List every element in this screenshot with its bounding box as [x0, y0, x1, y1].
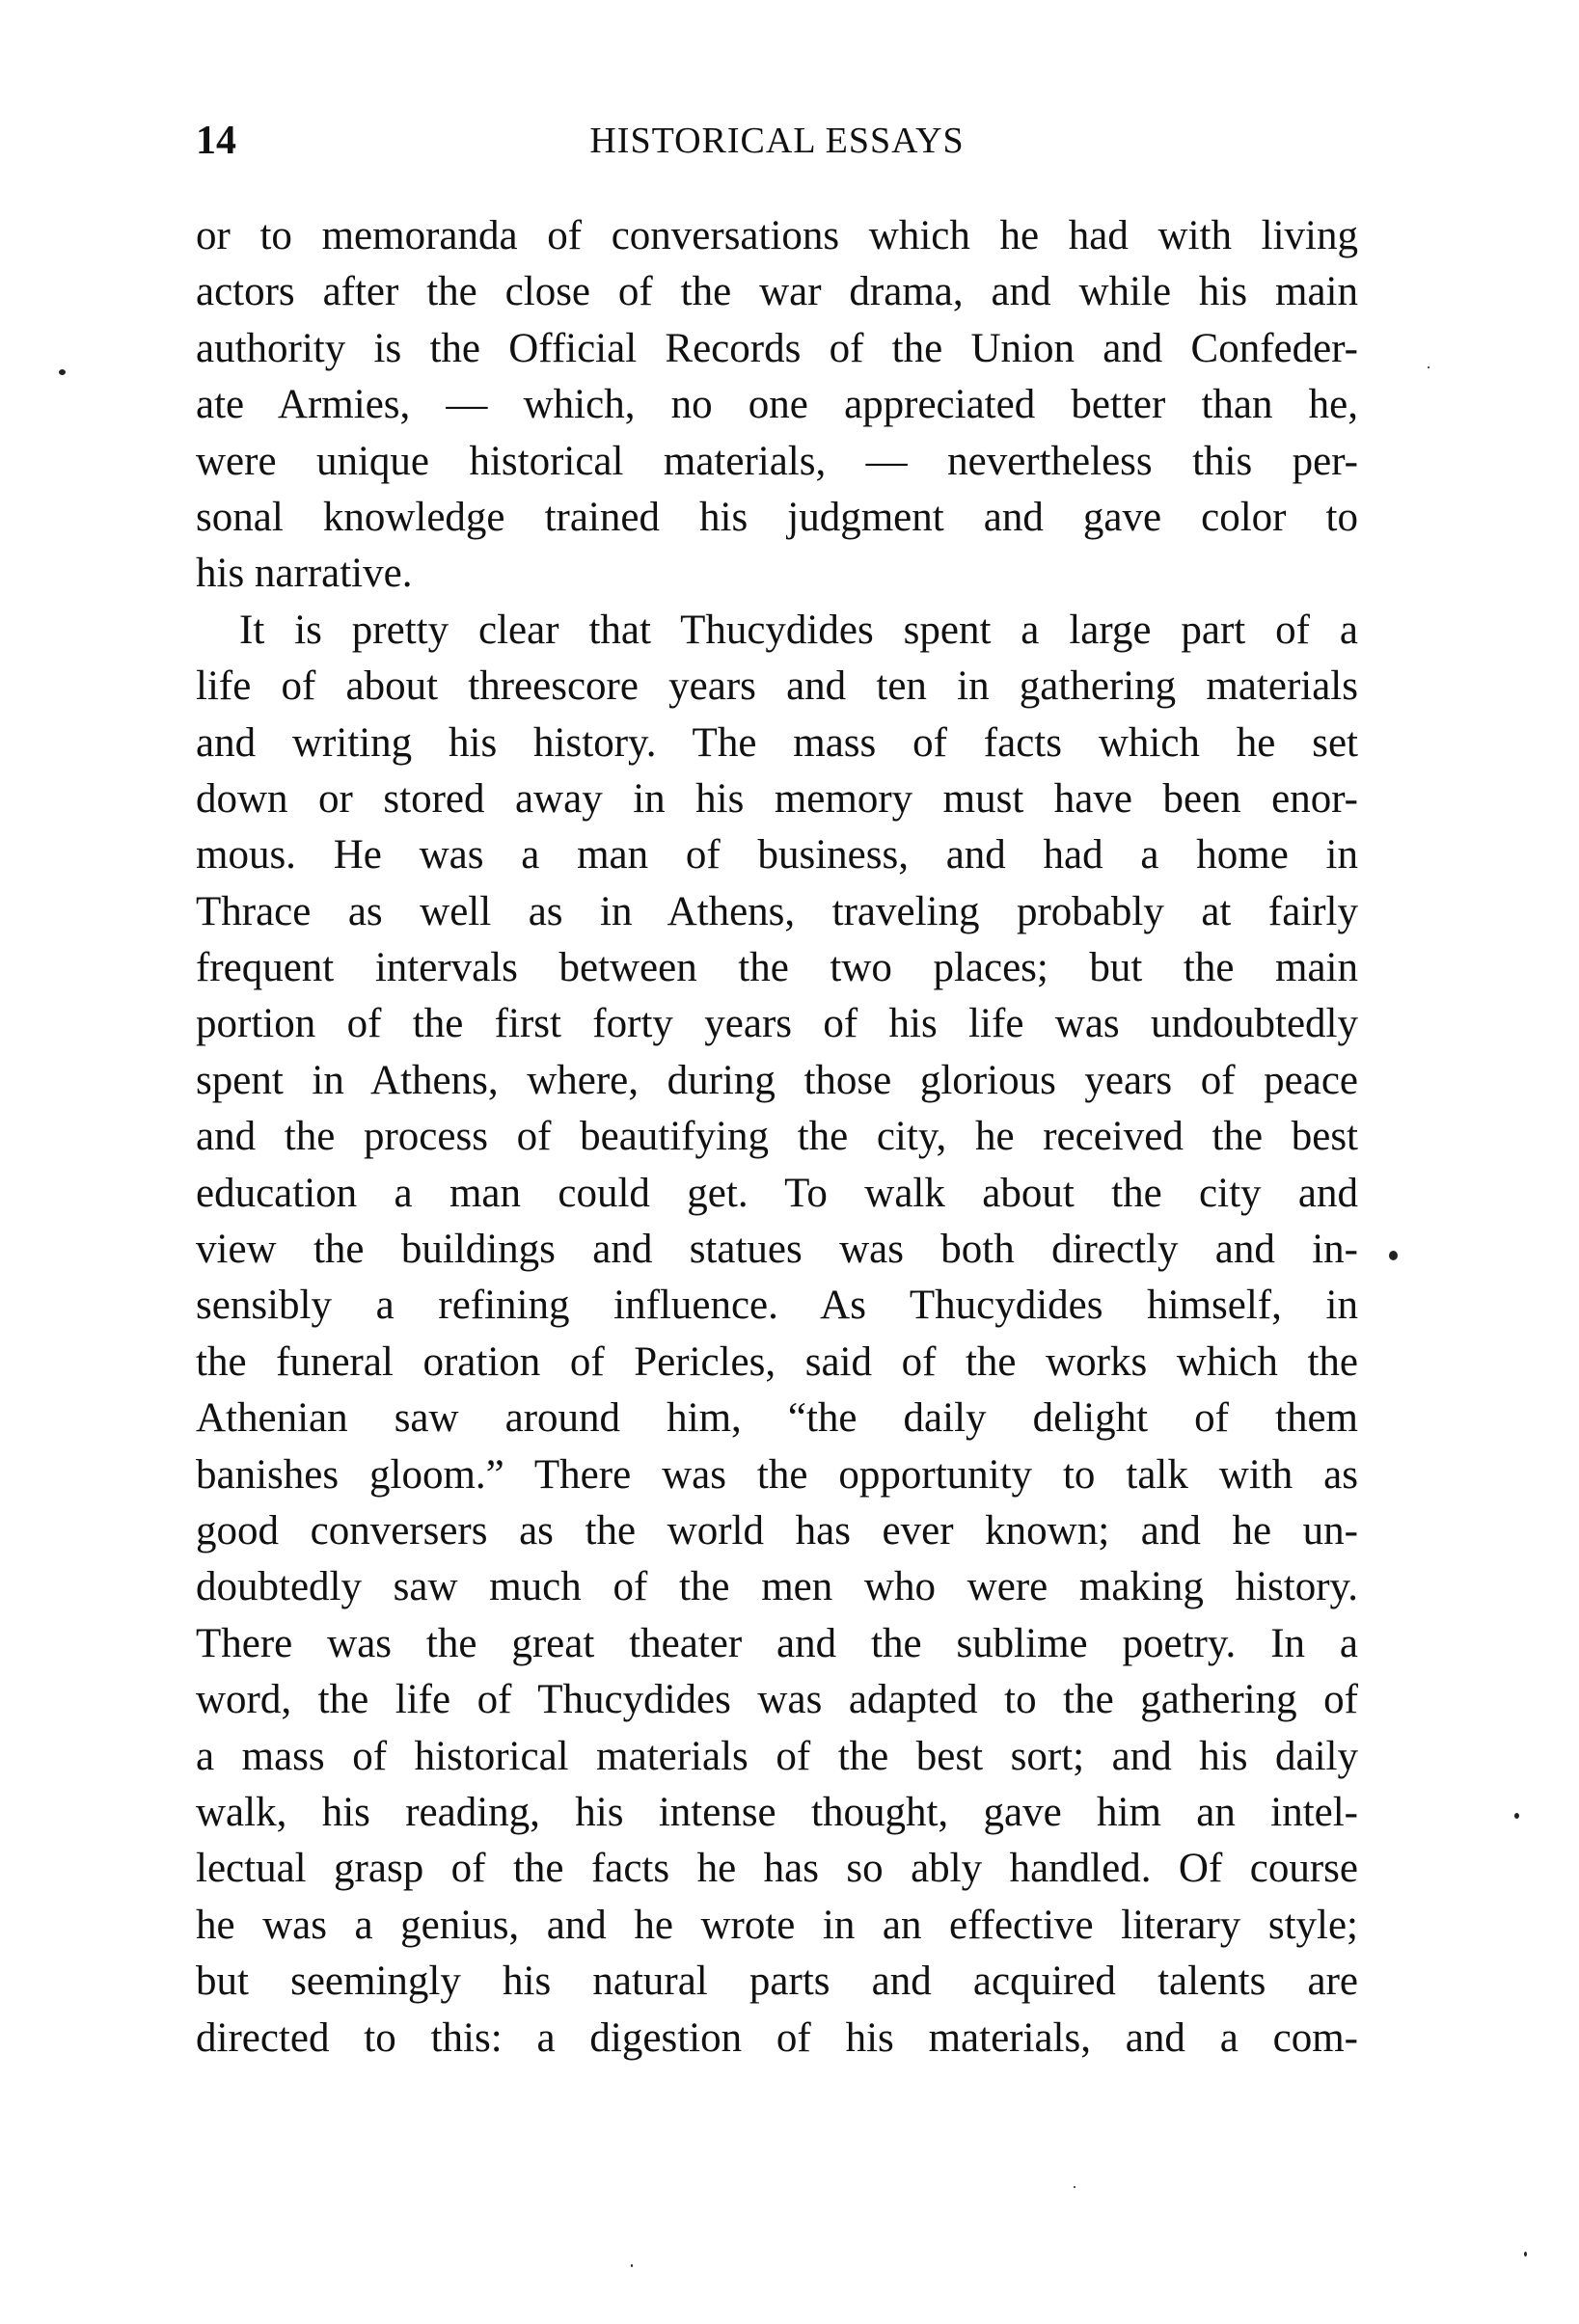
scan-speck: [59, 369, 66, 375]
text-line: or to memoranda of conversations which h…: [196, 208, 1358, 264]
text-line: a mass of historical materials of the be…: [196, 1729, 1358, 1785]
text-line: were unique historical materials, — neve…: [196, 434, 1358, 490]
text-line: frequent intervals between the two place…: [196, 940, 1358, 996]
scan-speck: [631, 2264, 633, 2267]
scan-speck: [1524, 2252, 1527, 2256]
text-line: Thrace as well as in Athens, traveling p…: [196, 884, 1358, 940]
text-line: word, the life of Thucydides was adapted…: [196, 1672, 1358, 1728]
text-line: walk, his reading, his intense thought, …: [196, 1785, 1358, 1841]
text-line: lectual grasp of the facts he has so abl…: [196, 1841, 1358, 1897]
text-line: and writing his history. The mass of fac…: [196, 716, 1358, 771]
text-line: authority is the Official Records of the…: [196, 321, 1358, 377]
paragraph-1: or to memoranda of conversations which h…: [196, 208, 1358, 603]
text-line: and the process of beautifying the city,…: [196, 1109, 1358, 1165]
text-line: It is pretty clear that Thucydides spent…: [196, 603, 1358, 659]
text-line: the funeral oration of Pericles, said of…: [196, 1335, 1358, 1391]
text-line: banishes gloom.” There was the opportuni…: [196, 1447, 1358, 1503]
text-line: education a man could get. To walk about…: [196, 1166, 1358, 1222]
scan-speck: [1389, 1251, 1398, 1260]
text-line: but seemingly his natural parts and acqu…: [196, 1954, 1358, 2010]
scan-speck: [1428, 366, 1429, 368]
body-text: or to memoranda of conversations which h…: [196, 208, 1358, 2067]
paragraph-2: It is pretty clear that Thucydides spent…: [196, 603, 1358, 2067]
text-line: sonal knowledge trained his judgment and…: [196, 490, 1358, 546]
text-line: spent in Athens, where, during those glo…: [196, 1053, 1358, 1109]
running-title: HISTORICAL ESSAYS: [196, 114, 1358, 168]
text-line: directed to this: a digestion of his mat…: [196, 2011, 1358, 2067]
scan-speck: [1074, 2186, 1075, 2188]
text-line: doubtedly saw much of the men who were m…: [196, 1559, 1358, 1615]
text-line: good conversers as the world has ever kn…: [196, 1503, 1358, 1559]
text-line: actors after the close of the war drama,…: [196, 264, 1358, 320]
text-line: ate Armies, — which, no one appreciated …: [196, 377, 1358, 433]
book-page: 14 HISTORICAL ESSAYS or to memoranda of …: [0, 0, 1579, 2324]
text-line: down or stored away in his memory must h…: [196, 771, 1358, 827]
text-line: view the buildings and statues was both …: [196, 1222, 1358, 1278]
running-head: 14 HISTORICAL ESSAYS: [196, 114, 1358, 168]
scan-speck: [1514, 1813, 1519, 1819]
text-line: his narrative.: [196, 546, 1358, 602]
text-line: he was a genius, and he wrote in an effe…: [196, 1898, 1358, 1954]
text-line: sensibly a refining influence. As Thucyd…: [196, 1278, 1358, 1334]
text-line: There was the great theater and the subl…: [196, 1616, 1358, 1672]
text-line: life of about threescore years and ten i…: [196, 659, 1358, 715]
text-line: mous. He was a man of business, and had …: [196, 827, 1358, 883]
text-line: Athenian saw around him, “the daily deli…: [196, 1391, 1358, 1446]
text-line: portion of the first forty years of his …: [196, 996, 1358, 1052]
